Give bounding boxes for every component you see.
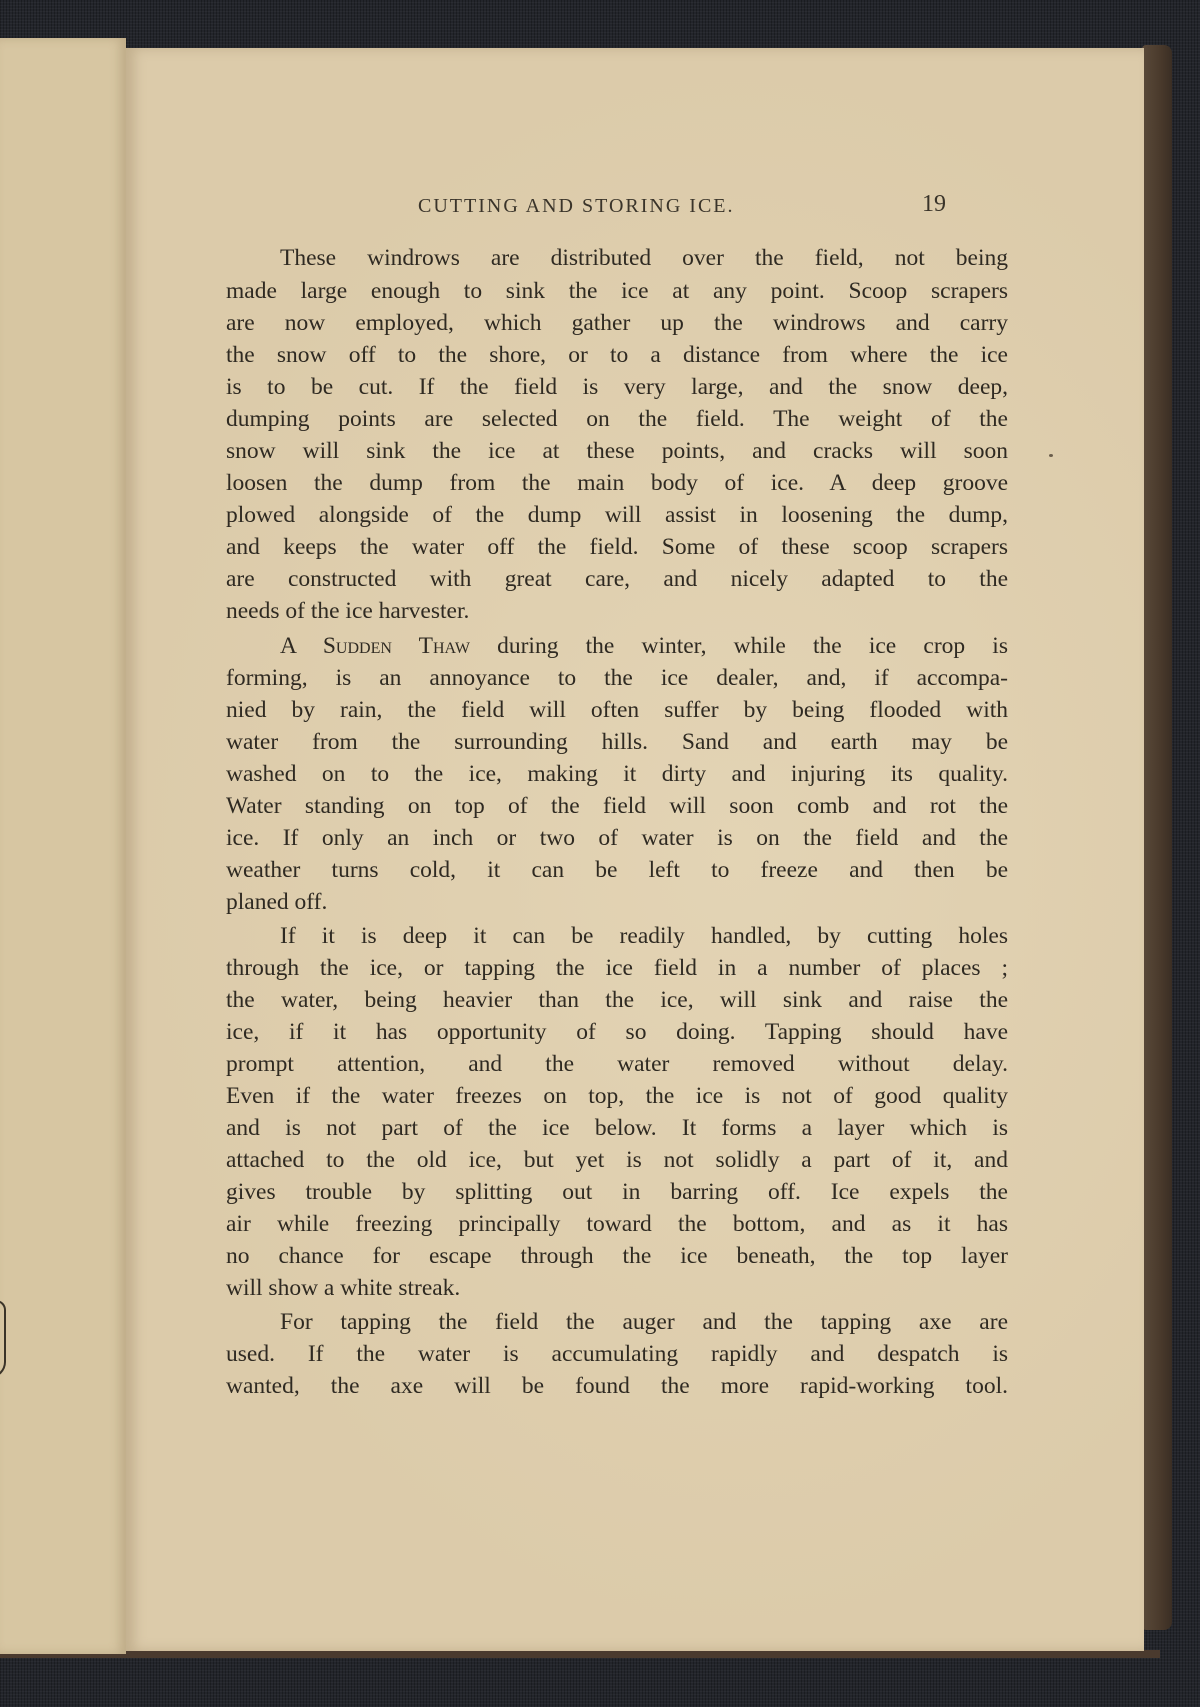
text-line: planed off.	[226, 887, 1008, 917]
running-title: CUTTING AND STORING ICE.	[418, 195, 735, 218]
text-line: ice, if it has opportunity of so doing. …	[226, 1017, 1008, 1047]
paper-speck	[1049, 454, 1053, 457]
text-line: the water, being heavier than the ice, w…	[226, 985, 1008, 1015]
text-line: plowed alongside of the dump will assist…	[226, 500, 1008, 530]
text-line: Even if the water freezes on top, the ic…	[226, 1081, 1008, 1111]
text-line: and is not part of the ice below. It for…	[226, 1113, 1008, 1143]
text-line: made large enough to sink the ice at any…	[226, 276, 1008, 306]
text-line: needs of the ice harvester.	[226, 596, 1008, 626]
text-line: and keeps the water off the field. Some …	[226, 532, 1008, 562]
text-line: the snow off to the shore, or to a dista…	[226, 340, 1008, 370]
text-line: snow will sink the ice at these points, …	[226, 436, 1008, 466]
text-line: no chance for escape through the ice ben…	[226, 1241, 1008, 1271]
text-line: washed on to the ice, making it dirty an…	[226, 759, 1008, 789]
text-line: is to be cut. If the field is very large…	[226, 372, 1008, 402]
text-line: wanted, the axe will be found the more r…	[226, 1371, 1008, 1401]
text-line: For tapping the field the auger and the …	[280, 1307, 1008, 1337]
text-line: air while freezing principally toward th…	[226, 1209, 1008, 1239]
left-page	[0, 38, 126, 1654]
book-cover-bottom-edge	[0, 1650, 1160, 1658]
text-line: used. If the water is accumulating rapid…	[226, 1339, 1008, 1369]
page-number: 19	[922, 191, 946, 218]
text-line: forming, is an annoyance to the ice deal…	[226, 663, 1008, 693]
text-line: through the ice, or tapping the ice fiel…	[226, 953, 1008, 983]
text-line: prompt attention, and the water removed …	[226, 1049, 1008, 1079]
shield-stamp-icon	[0, 1300, 6, 1378]
text-line: will show a white streak.	[226, 1273, 1008, 1303]
section-lead-in: A Sudden Thaw	[280, 633, 470, 659]
text-line: weather turns cold, it can be left to fr…	[226, 855, 1008, 885]
text-line: nied by rain, the field will often suffe…	[226, 695, 1008, 725]
text-line: These windrows are distributed over the …	[280, 243, 1008, 273]
text-line: If it is deep it can be readily handled,…	[280, 921, 1008, 951]
right-page: CUTTING AND STORING ICE. 19 These windro…	[126, 48, 1144, 1651]
text-line: are now employed, which gather up the wi…	[226, 308, 1008, 338]
text-line: attached to the old ice, but yet is not …	[226, 1145, 1008, 1175]
text-line: dumping points are selected on the field…	[226, 404, 1008, 434]
text-line: Water standing on top of the field will …	[226, 791, 1008, 821]
text-line: A Sudden Thaw during the winter, while t…	[280, 631, 1008, 661]
text-line: are constructed with great care, and nic…	[226, 564, 1008, 594]
text-line: ice. If only an inch or two of water is …	[226, 823, 1008, 853]
text-line: gives trouble by splitting out in barrin…	[226, 1177, 1008, 1207]
running-head: CUTTING AND STORING ICE. 19	[126, 195, 1144, 225]
text-line: loosen the dump from the main body of ic…	[226, 468, 1008, 498]
text-run: during the winter, while the ice crop is	[470, 633, 1008, 659]
book-cover-edge	[1142, 45, 1172, 1630]
text-line: water from the surrounding hills. Sand a…	[226, 727, 1008, 757]
